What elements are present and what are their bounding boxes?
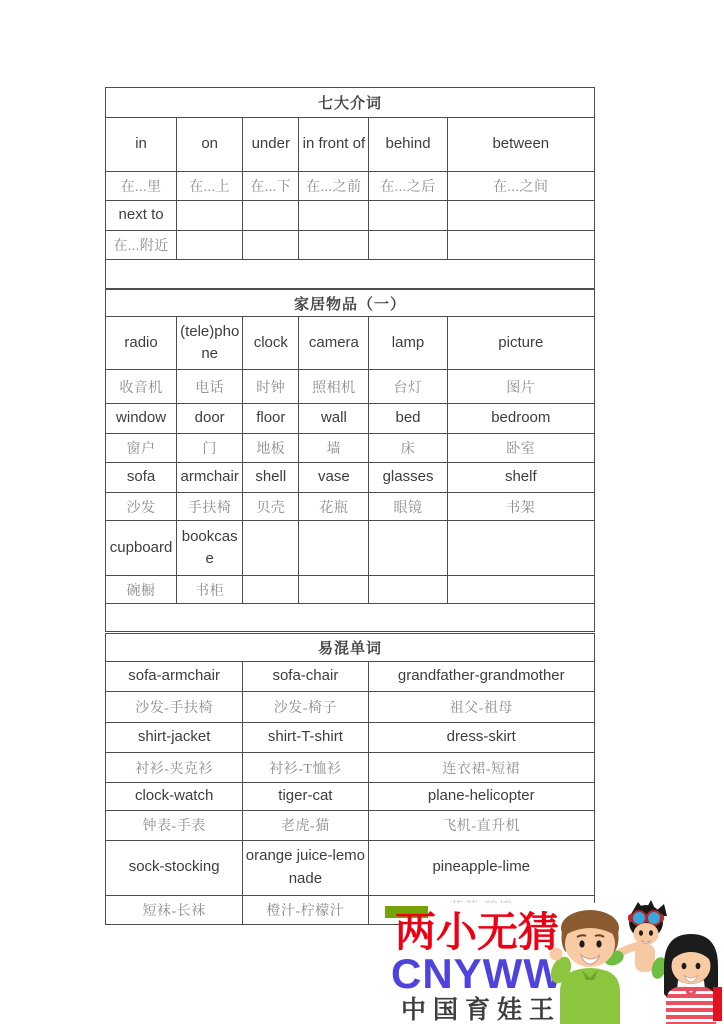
- table-cell-zh: 衬衫-T恤衫: [243, 753, 368, 783]
- table-cell-zh: 贝壳: [243, 493, 299, 521]
- table-cell-en: window: [106, 404, 177, 434]
- table-cell-zh: 沙发-椅子: [243, 692, 368, 723]
- table-cell-en: (tele)phone: [177, 317, 243, 370]
- table-cell-en: under: [243, 118, 299, 172]
- table-cell-zh: 床: [369, 434, 447, 463]
- table-cell-zh: 墙: [299, 434, 369, 463]
- table-cell-zh: [177, 231, 243, 260]
- table-cell-en: [243, 521, 299, 576]
- table-cell-zh: 祖父-祖母: [368, 692, 595, 723]
- table-cell-en: armchair: [177, 463, 243, 493]
- table-cell-zh: 老虎-猫: [243, 810, 368, 840]
- table-cell-zh: 短袜-长袜: [106, 895, 243, 924]
- table-cell-en: behind: [369, 118, 447, 172]
- table-cell-zh: 在...之前: [299, 172, 369, 201]
- table-cell-zh: 在...附近: [106, 231, 177, 260]
- table-title: 家居物品（一）: [106, 290, 595, 317]
- table-cell-zh: 钟表-手表: [106, 810, 243, 840]
- empty-row-cell: [106, 260, 595, 289]
- table-title: 七大介词: [106, 88, 595, 118]
- table-cell-en: lamp: [369, 317, 447, 370]
- table-cell-en: sock-stocking: [106, 840, 243, 895]
- table-cell-zh: 书架: [447, 493, 594, 521]
- table-cell-zh: 在...之间: [447, 172, 594, 201]
- table-cell-zh: 门: [177, 434, 243, 463]
- family-cartoon-illustration: [542, 896, 724, 1024]
- table-cell-zh: 在...下: [243, 172, 299, 201]
- watermark-brand-cn: 两小无猜: [395, 912, 559, 953]
- table-cell-zh: 窗户: [106, 434, 177, 463]
- table-cell-en: wall: [299, 404, 369, 434]
- table-cell-en: pineapple-lime: [368, 840, 595, 895]
- watermark-red-bar: [713, 987, 722, 1021]
- table-cell-zh: [299, 576, 369, 604]
- table-cell-en: sofa-chair: [243, 662, 368, 692]
- table-cell-zh: 衬衫-夹克衫: [106, 753, 243, 783]
- table-cell-en: orange juice-lemonade: [243, 840, 368, 895]
- table-cell-en: floor: [243, 404, 299, 434]
- vocab-table-confused-words: 易混单词sofa-armchairsofa-chairgrandfather-g…: [105, 633, 595, 925]
- table-cell-zh: [243, 576, 299, 604]
- table-cell-en: in front of: [299, 118, 369, 172]
- watermark-brand-en: CNYWW: [391, 953, 564, 995]
- table-cell-zh: [369, 231, 447, 260]
- table-cell-en: [299, 201, 369, 231]
- table-cell-zh: [243, 231, 299, 260]
- table-cell-zh: 橙汁-柠檬汁: [243, 895, 368, 924]
- table-cell-en: bedroom: [447, 404, 594, 434]
- table-cell-en: [447, 521, 594, 576]
- table-cell-zh: 手扶椅: [177, 493, 243, 521]
- table-cell-zh: 时钟: [243, 370, 299, 404]
- table-cell-zh: 地板: [243, 434, 299, 463]
- table-cell-zh: 书柜: [177, 576, 243, 604]
- table-cell-zh: [369, 576, 447, 604]
- empty-row-cell: [106, 604, 595, 632]
- table-cell-zh: 照相机: [299, 370, 369, 404]
- table-cell-en: [299, 521, 369, 576]
- table-cell-zh: [447, 576, 594, 604]
- watermark-tagline: 中国育娃王: [401, 998, 561, 1023]
- worksheet-page: 七大介词inonunderin front ofbehindbetween在..…: [0, 0, 724, 1024]
- table-cell-en: [369, 521, 447, 576]
- table-cell-en: next to: [106, 201, 177, 231]
- table-cell-en: clock-watch: [106, 783, 243, 811]
- table-cell-en: [243, 201, 299, 231]
- table-cell-en: glasses: [369, 463, 447, 493]
- table-cell-zh: 电话: [177, 370, 243, 404]
- table-cell-zh: 眼镜: [369, 493, 447, 521]
- table-cell-en: bed: [369, 404, 447, 434]
- table-cell-en: sofa: [106, 463, 177, 493]
- table-cell-en: picture: [447, 317, 594, 370]
- table-cell-en: [177, 201, 243, 231]
- table-cell-zh: 飞机-直升机: [368, 810, 595, 840]
- table-cell-en: vase: [299, 463, 369, 493]
- table-cell-zh: 碗橱: [106, 576, 177, 604]
- table-cell-zh: 连衣裙-短裙: [368, 753, 595, 783]
- table-cell-en: [369, 201, 447, 231]
- table-cell-zh: 在...里: [106, 172, 177, 201]
- table-cell-en: between: [447, 118, 594, 172]
- table-cell-zh: 图片: [447, 370, 594, 404]
- table-cell-en: plane-helicopter: [368, 783, 595, 811]
- table-cell-en: shirt-T-shirt: [243, 723, 368, 753]
- table-cell-zh: 卧室: [447, 434, 594, 463]
- table-cell-en: clock: [243, 317, 299, 370]
- table-cell-zh: 花瓶: [299, 493, 369, 521]
- table-cell-zh: 在...之后: [369, 172, 447, 201]
- table-cell-en: on: [177, 118, 243, 172]
- table-cell-zh: [447, 231, 594, 260]
- table-cell-en: shirt-jacket: [106, 723, 243, 753]
- table-cell-en: in: [106, 118, 177, 172]
- table-cell-en: shell: [243, 463, 299, 493]
- table-cell-zh: 收音机: [106, 370, 177, 404]
- table-cell-en: radio: [106, 317, 177, 370]
- table-cell-en: grandfather-grandmother: [368, 662, 595, 692]
- table-cell-en: bookcase: [177, 521, 243, 576]
- table-cell-zh: 沙发: [106, 493, 177, 521]
- table-cell-en: tiger-cat: [243, 783, 368, 811]
- table-cell-zh: 台灯: [369, 370, 447, 404]
- table-title: 易混单词: [106, 634, 595, 662]
- table-cell-en: cupboard: [106, 521, 177, 576]
- table-cell-zh: 沙发-手扶椅: [106, 692, 243, 723]
- table-cell-zh: [299, 231, 369, 260]
- man-cartoon: [547, 910, 620, 1024]
- woman-cartoon: [664, 934, 718, 1024]
- vocab-table-prepositions: 七大介词inonunderin front ofbehindbetween在..…: [105, 87, 595, 289]
- table-cell-en: [447, 201, 594, 231]
- vocab-table-household-items: 家居物品（一）radio(tele)phoneclockcameralamppi…: [105, 289, 595, 632]
- table-cell-en: door: [177, 404, 243, 434]
- table-cell-zh: 在...上: [177, 172, 243, 201]
- table-cell-en: sofa-armchair: [106, 662, 243, 692]
- table-cell-en: camera: [299, 317, 369, 370]
- table-cell-en: shelf: [447, 463, 594, 493]
- table-cell-en: dress-skirt: [368, 723, 595, 753]
- watermark: 两小无猜 CNYWW 中国育娃王: [383, 903, 724, 1024]
